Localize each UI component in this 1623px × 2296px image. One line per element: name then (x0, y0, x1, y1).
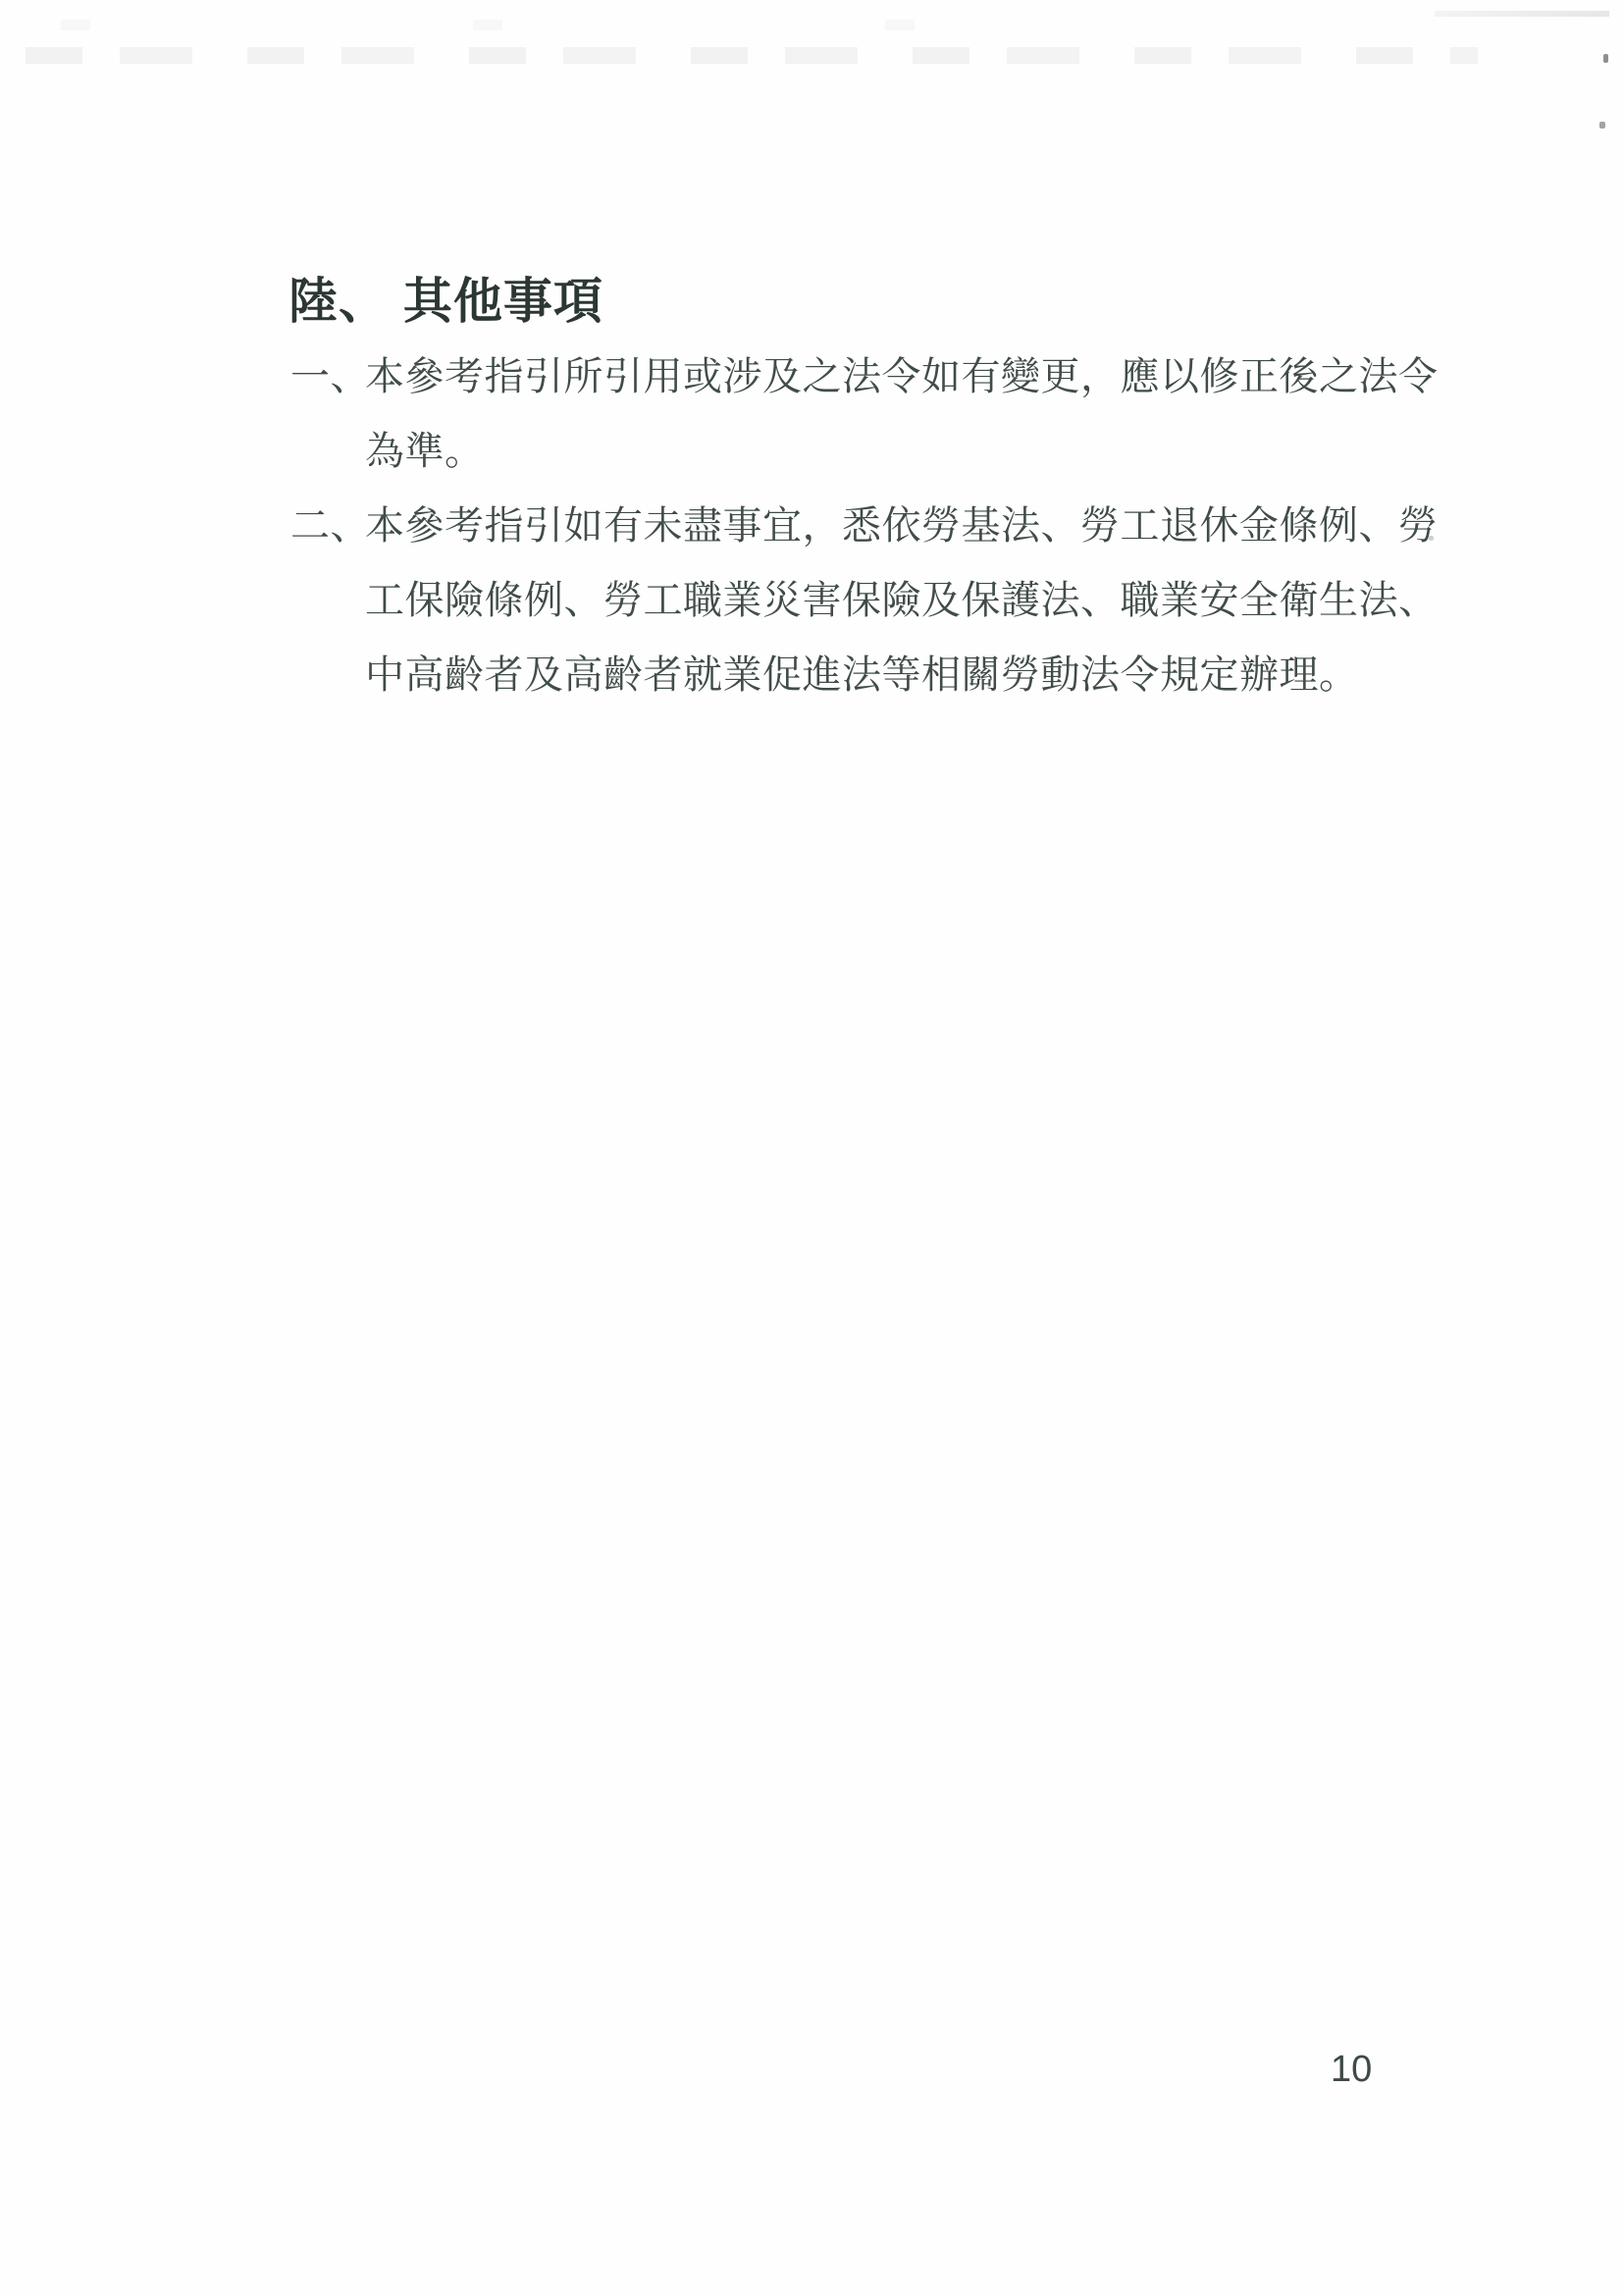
line-text: 本參考指引如有未盡事宜，悉依勞基法、勞工退休金條例、勞 (365, 504, 1439, 548)
line-text: 本參考指引所引用或涉及之法令如有變更，應以修正後之法令 (365, 355, 1439, 398)
text-line: 一、本參考指引所引用或涉及之法令如有變更，應以修正後之法令 (290, 339, 1448, 414)
scan-noise-streak (1435, 11, 1609, 17)
text-line: 中高齡者及高齡者就業促進法等相關勞動法令規定辦理。 (290, 638, 1448, 712)
text-line: 工保險條例、勞工職業災害保險及保護法、職業安全衛生法、 (290, 563, 1448, 638)
paragraph-item-1: 一、本參考指引所引用或涉及之法令如有變更，應以修正後之法令 為準。 (290, 339, 1448, 489)
paragraph-item-2: 二、本參考指引如有未盡事宜，悉依勞基法、勞工退休金條例、勞 工保險條例、勞工職業… (290, 489, 1448, 712)
text-line: 二、本參考指引如有未盡事宜，悉依勞基法、勞工退休金條例、勞 (290, 489, 1448, 563)
list-marker-1: 一、 (290, 339, 365, 414)
scan-speck (1599, 122, 1605, 129)
list-marker-2: 二、 (290, 489, 365, 563)
scan-speck (1603, 54, 1608, 63)
scan-noise-band-upper (61, 20, 1258, 30)
section-heading: 陸、 其他事項 (288, 271, 603, 332)
page-number: 10 (1331, 2047, 1372, 2092)
text-line: 為準。 (290, 414, 1448, 489)
scan-noise-band (26, 47, 1478, 64)
document-page: 陸、 其他事項 一、本參考指引所引用或涉及之法令如有變更，應以修正後之法令 為準… (0, 0, 1623, 2296)
